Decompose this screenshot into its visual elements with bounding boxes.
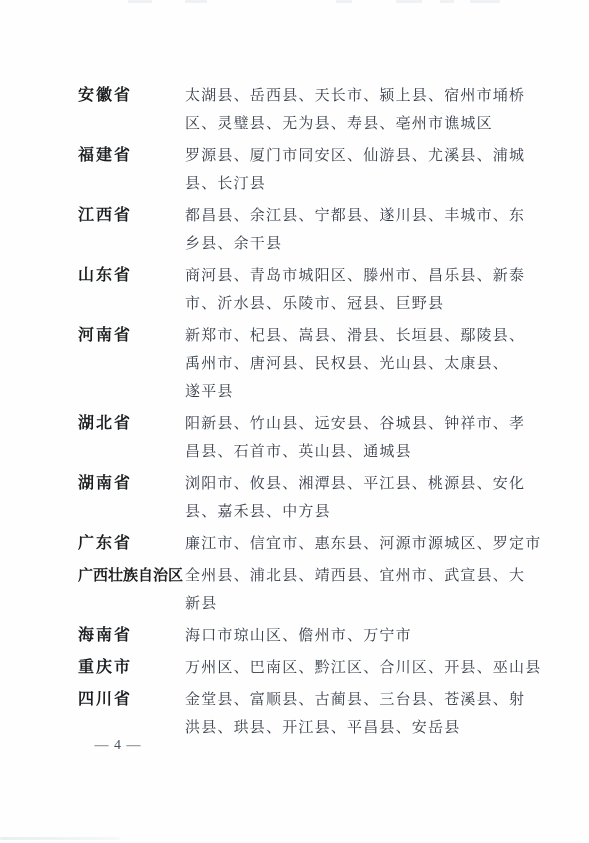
province-name: 湖北省 <box>78 410 185 438</box>
county-list-line: 县、长汀县 <box>185 170 535 198</box>
county-list: 浏阳市、攸县、湘潭县、平江县、桃源县、安化 县、嘉禾县、中方县 <box>185 470 535 526</box>
table-row: 安徽省 太湖县、岳西县、天长市、颍上县、宿州市埇桥 区、灵璧县、无为县、寿县、亳… <box>78 82 538 138</box>
county-list-line: 廉江市、信宜市、惠东县、河源市源城区、罗定市 <box>185 530 535 558</box>
county-list-line: 洪县、珙县、开江县、平昌县、安岳县 <box>185 714 535 742</box>
table-row: 四川省 金堂县、富顺县、古蔺县、三台县、苍溪县、射 洪县、珙县、开江县、平昌县、… <box>78 686 538 742</box>
county-list: 太湖县、岳西县、天长市、颍上县、宿州市埇桥 区、灵璧县、无为县、寿县、亳州市谯城… <box>185 82 535 138</box>
county-list-line: 新郑市、杞县、嵩县、滑县、长垣县、鄢陵县、 <box>185 322 535 350</box>
table-row: 福建省 罗源县、厦门市同安区、仙游县、尤溪县、浦城 县、长汀县 <box>78 142 538 198</box>
county-list: 廉江市、信宜市、惠东县、河源市源城区、罗定市 <box>185 530 535 558</box>
table-row: 广西壮族自治区 全州县、浦北县、靖西县、宜州市、武宣县、大 新县 <box>78 562 538 618</box>
county-list-line: 金堂县、富顺县、古蔺县、三台县、苍溪县、射 <box>185 686 535 714</box>
county-list: 都昌县、余江县、宁都县、遂川县、丰城市、东 乡县、余干县 <box>185 202 535 258</box>
county-list-line: 市、沂水县、乐陵市、冠县、巨野县 <box>185 290 535 318</box>
province-name: 广西壮族自治区 <box>78 562 185 590</box>
province-name: 山东省 <box>78 262 185 290</box>
province-name: 重庆市 <box>78 654 185 682</box>
table-row: 河南省 新郑市、杞县、嵩县、滑县、长垣县、鄢陵县、 禹州市、唐河县、民权县、光山… <box>78 322 538 406</box>
county-list-line: 太湖县、岳西县、天长市、颍上县、宿州市埇桥 <box>185 82 535 110</box>
table-row: 江西省 都昌县、余江县、宁都县、遂川县、丰城市、东 乡县、余干县 <box>78 202 538 258</box>
county-list-line: 浏阳市、攸县、湘潭县、平江县、桃源县、安化 <box>185 470 535 498</box>
county-list-line: 乡县、余干县 <box>185 230 535 258</box>
county-list-line: 都昌县、余江县、宁都县、遂川县、丰城市、东 <box>185 202 535 230</box>
table-row: 湖南省 浏阳市、攸县、湘潭县、平江县、桃源县、安化 县、嘉禾县、中方县 <box>78 470 538 526</box>
scan-artifact-top <box>0 0 589 4</box>
county-list-line: 遂平县 <box>185 378 535 406</box>
county-list: 全州县、浦北县、靖西县、宜州市、武宣县、大 新县 <box>185 562 535 618</box>
province-name: 湖南省 <box>78 470 185 498</box>
page-number: — 4 — <box>80 738 156 754</box>
table-row: 海南省 海口市琼山区、儋州市、万宁市 <box>78 622 538 650</box>
province-name: 广东省 <box>78 530 185 558</box>
table-row: 山东省 商河县、青岛市城阳区、滕州市、昌乐县、新泰 市、沂水县、乐陵市、冠县、巨… <box>78 262 538 318</box>
province-name: 福建省 <box>78 142 185 170</box>
county-list-line: 新县 <box>185 590 535 618</box>
county-list: 新郑市、杞县、嵩县、滑县、长垣县、鄢陵县、 禹州市、唐河县、民权县、光山县、太康… <box>185 322 535 406</box>
county-list-line: 罗源县、厦门市同安区、仙游县、尤溪县、浦城 <box>185 142 535 170</box>
county-list: 罗源县、厦门市同安区、仙游县、尤溪县、浦城 县、长汀县 <box>185 142 535 198</box>
county-list-line: 海口市琼山区、儋州市、万宁市 <box>185 622 535 650</box>
county-list-line: 全州县、浦北县、靖西县、宜州市、武宣县、大 <box>185 562 535 590</box>
province-name: 江西省 <box>78 202 185 230</box>
county-list: 商河县、青岛市城阳区、滕州市、昌乐县、新泰 市、沂水县、乐陵市、冠县、巨野县 <box>185 262 535 318</box>
county-list-line: 万州区、巴南区、黔江区、合川区、开县、巫山县 <box>185 654 535 682</box>
county-list-line: 县、嘉禾县、中方县 <box>185 498 535 526</box>
table-row: 广东省 廉江市、信宜市、惠东县、河源市源城区、罗定市 <box>78 530 538 558</box>
table-row: 湖北省 阳新县、竹山县、远安县、谷城县、钟祥市、孝 昌县、石首市、英山县、通城县 <box>78 410 538 466</box>
county-list-line: 昌县、石首市、英山县、通城县 <box>185 438 535 466</box>
scan-artifact-bottom <box>0 837 120 840</box>
province-name: 河南省 <box>78 322 185 350</box>
province-name: 海南省 <box>78 622 185 650</box>
county-list: 万州区、巴南区、黔江区、合川区、开县、巫山县 <box>185 654 535 682</box>
county-list-line: 阳新县、竹山县、远安县、谷城县、钟祥市、孝 <box>185 410 535 438</box>
county-list: 阳新县、竹山县、远安县、谷城县、钟祥市、孝 昌县、石首市、英山县、通城县 <box>185 410 535 466</box>
county-list: 海口市琼山区、儋州市、万宁市 <box>185 622 535 650</box>
province-name: 四川省 <box>78 686 185 714</box>
province-county-table: 安徽省 太湖县、岳西县、天长市、颍上县、宿州市埇桥 区、灵璧县、无为县、寿县、亳… <box>78 82 538 746</box>
table-row: 重庆市 万州区、巴南区、黔江区、合川区、开县、巫山县 <box>78 654 538 682</box>
county-list: 金堂县、富顺县、古蔺县、三台县、苍溪县、射 洪县、珙县、开江县、平昌县、安岳县 <box>185 686 535 742</box>
province-name: 安徽省 <box>78 82 185 110</box>
county-list-line: 区、灵璧县、无为县、寿县、亳州市谯城区 <box>185 110 535 138</box>
county-list-line: 禹州市、唐河县、民权县、光山县、太康县、 <box>185 350 535 378</box>
county-list-line: 商河县、青岛市城阳区、滕州市、昌乐县、新泰 <box>185 262 535 290</box>
